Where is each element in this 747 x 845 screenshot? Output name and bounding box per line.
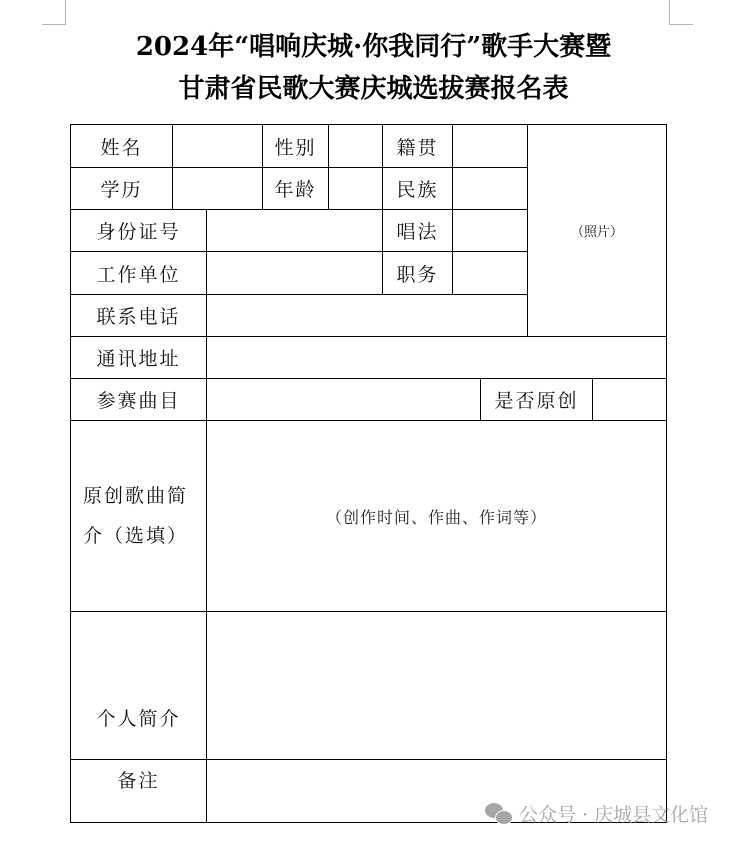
- field-id-number[interactable]: [206, 209, 383, 252]
- field-ethnicity[interactable]: [452, 167, 528, 210]
- wechat-account-watermark: 公众号 · 庆城县文化馆: [485, 800, 708, 827]
- field-phone[interactable]: [206, 294, 528, 337]
- photo-box[interactable]: （照片）: [527, 124, 667, 337]
- label-address: 通讯地址: [70, 336, 207, 379]
- label-age: 年龄: [262, 167, 329, 210]
- field-singing-style[interactable]: [452, 209, 528, 252]
- margin-corner-mark-right: [669, 0, 693, 25]
- photo-placeholder-text: （照片）: [571, 221, 623, 240]
- field-personal-intro[interactable]: [206, 611, 667, 760]
- label-singing-style: 唱法: [382, 209, 453, 252]
- field-position[interactable]: [452, 251, 528, 295]
- document-title-line-1: 2024年“唱响庆城·你我同行”歌手大赛暨: [0, 26, 747, 63]
- label-is-original: 是否原创: [480, 378, 593, 421]
- field-original-song-intro[interactable]: （创作时间、作曲、作词等）: [206, 420, 667, 612]
- label-position: 职务: [382, 251, 453, 295]
- field-name[interactable]: [172, 124, 263, 168]
- label-original-song-intro-line-2: 介（选填）: [83, 516, 188, 556]
- label-personal-intro: 个人简介: [70, 611, 207, 760]
- field-education[interactable]: [172, 167, 263, 210]
- field-employer[interactable]: [206, 251, 383, 295]
- label-employer: 工作单位: [70, 251, 207, 295]
- label-original-song-intro-line-1: 原创歌曲简: [83, 476, 188, 516]
- field-song[interactable]: [206, 378, 481, 421]
- label-education: 学历: [70, 167, 173, 210]
- watermark-text: 公众号 · 庆城县文化馆: [519, 800, 708, 827]
- field-age[interactable]: [328, 167, 383, 210]
- field-native-place[interactable]: [452, 124, 528, 168]
- original-song-intro-hint: （创作时间、作曲、作词等）: [326, 505, 547, 528]
- field-is-original[interactable]: [592, 378, 667, 421]
- label-original-song-intro: 原创歌曲简 介（选填）: [70, 420, 207, 612]
- margin-corner-mark-left: [42, 0, 66, 25]
- label-phone: 联系电话: [70, 294, 207, 337]
- label-name: 姓名: [70, 124, 173, 168]
- document-title-line-2: 甘肃省民歌大赛庆城选拔赛报名表: [0, 68, 747, 105]
- wechat-icon: [485, 802, 513, 826]
- field-gender[interactable]: [328, 124, 383, 168]
- label-song: 参赛曲目: [70, 378, 207, 421]
- label-remarks: 备注: [70, 759, 207, 823]
- label-id-number: 身份证号: [70, 209, 207, 252]
- label-ethnicity: 民族: [382, 167, 453, 210]
- field-address[interactable]: [206, 336, 667, 379]
- label-gender: 性别: [262, 124, 329, 168]
- label-native-place: 籍贯: [382, 124, 453, 168]
